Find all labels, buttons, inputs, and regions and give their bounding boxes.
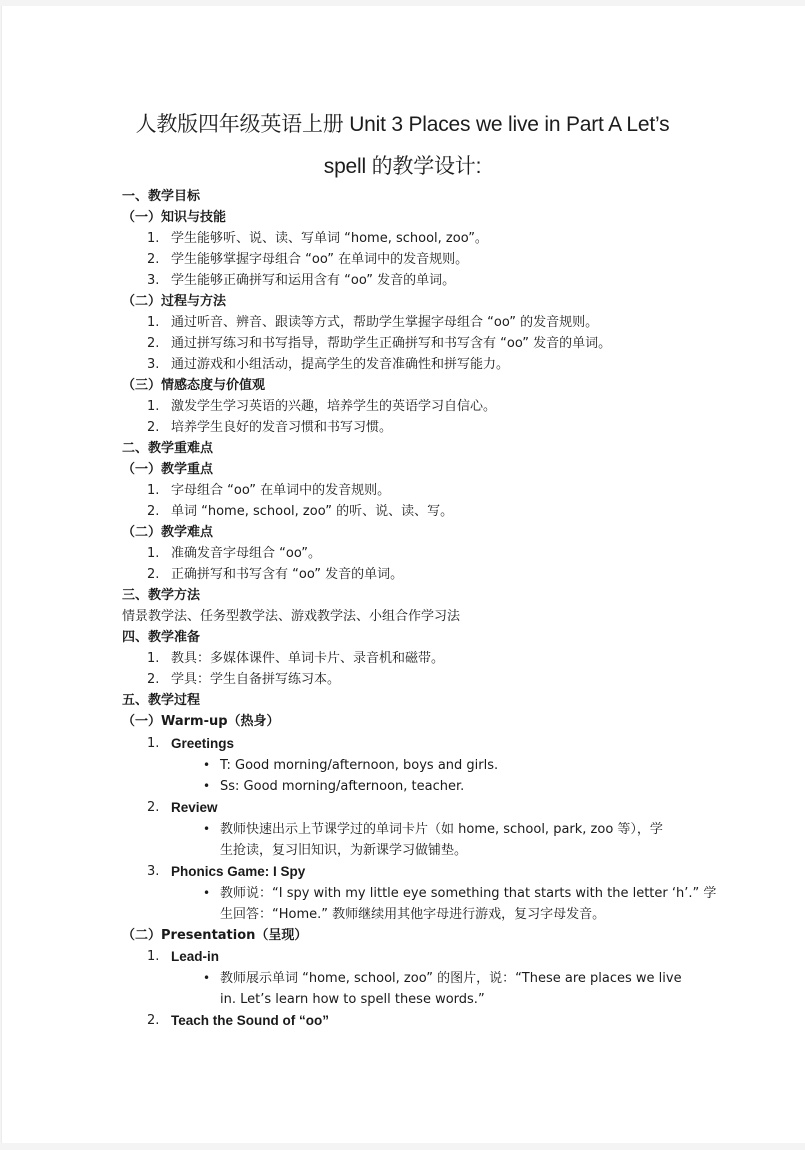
bullet-text: 教师快速出示上节课学过的单词卡片（如 home, school, park, z…: [220, 819, 663, 840]
list-number: 1.: [147, 733, 159, 754]
list-number: 2.: [147, 797, 159, 818]
list-item: 通过游戏和小组活动，提高学生的发音准确性和拼写能力。: [171, 354, 509, 375]
bullet-text-continuation: in. Let’s learn how to spell these words…: [220, 989, 485, 1010]
bullet-text: T: Good morning/afternoon, boys and girl…: [220, 755, 498, 776]
step-title-phonics-game: Phonics Game: I Spy: [171, 861, 305, 882]
list-item: 准确发音字母组合 “oo”。: [171, 543, 321, 564]
subsection-heading-warm-up: （一）Warm-up（热身）: [122, 711, 280, 732]
list-number: 3.: [147, 861, 159, 882]
list-number: 3.: [147, 354, 159, 375]
subsection-heading-knowledge-skills: （一）知识与技能: [122, 207, 226, 228]
bullet-icon: •: [203, 883, 210, 904]
list-item: 学生能够听、说、读、写单词 “home, school, zoo”。: [171, 228, 488, 249]
list-number: 2.: [147, 1010, 159, 1031]
list-number: 3.: [147, 270, 159, 291]
subsection-heading-presentation: （二）Presentation（呈现）: [122, 925, 307, 946]
list-item: 培养学生良好的发音习惯和书写习惯。: [171, 417, 392, 438]
bullet-icon: •: [203, 776, 210, 797]
list-number: 2.: [147, 501, 159, 522]
bullet-icon: •: [203, 968, 210, 989]
bullet-text: Ss: Good morning/afternoon, teacher.: [220, 776, 464, 797]
step-title-teach-sound-oo: Teach the Sound of “oo”: [171, 1010, 329, 1031]
list-item: 学生能够掌握字母组合 “oo” 在单词中的发音规则。: [171, 249, 468, 270]
subsection-heading-process-methods: （二）过程与方法: [122, 291, 226, 312]
list-item: 学生能够正确拼写和运用含有 “oo” 发音的单词。: [171, 270, 455, 291]
bullet-icon: •: [203, 819, 210, 840]
list-number: 1.: [147, 396, 159, 417]
list-item: 字母组合 “oo” 在单词中的发音规则。: [171, 480, 390, 501]
list-number: 1.: [147, 543, 159, 564]
list-item: 教具：多媒体课件、单词卡片、录音机和磁带。: [171, 648, 444, 669]
list-number: 2.: [147, 417, 159, 438]
list-item: 通过拼写练习和书写指导，帮助学生正确拼写和书写含有 “oo” 发音的单词。: [171, 333, 611, 354]
teaching-methods-text: 情景教学法、任务型教学法、游戏教学法、小组合作学习法: [122, 606, 460, 627]
list-item: 激发学生学习英语的兴趣，培养学生的英语学习自信心。: [171, 396, 496, 417]
list-number: 1.: [147, 312, 159, 333]
list-item: 单词 “home, school, zoo” 的听、说、读、写。: [171, 501, 453, 522]
section-heading-objectives: 一、教学目标: [122, 186, 200, 207]
list-item: 通过听音、辨音、跟读等方式，帮助学生掌握字母组合 “oo” 的发音规则。: [171, 312, 598, 333]
list-number: 2.: [147, 669, 159, 690]
bullet-text: 教师展示单词 “home, school, zoo” 的图片，说：“These …: [220, 968, 682, 989]
section-heading-teaching-process: 五、教学过程: [122, 690, 200, 711]
subsection-heading-key-points: （一）教学重点: [122, 459, 213, 480]
list-number: 1.: [147, 480, 159, 501]
bullet-icon: •: [203, 755, 210, 776]
section-heading-preparation: 四、教学准备: [122, 627, 200, 648]
list-item: 正确拼写和书写含有 “oo” 发音的单词。: [171, 564, 403, 585]
bullet-text: 教师说：“I spy with my little eye something …: [220, 883, 716, 904]
bullet-text-continuation: 生抢读，复习旧知识，为新课学习做铺垫。: [220, 840, 467, 861]
list-number: 2.: [147, 333, 159, 354]
bullet-text-continuation: 生回答：“Home.” 教师继续用其他字母进行游戏，复习字母发音。: [220, 904, 605, 925]
list-number: 1.: [147, 648, 159, 669]
step-title-review: Review: [171, 797, 218, 818]
section-heading-key-difficult-points: 二、教学重难点: [122, 438, 213, 459]
list-number: 1.: [147, 228, 159, 249]
step-title-lead-in: Lead-in: [171, 946, 219, 967]
list-item: 学具：学生自备拼写练习本。: [171, 669, 340, 690]
subsection-heading-difficult-points: （二）教学难点: [122, 522, 213, 543]
subsection-heading-attitudes-values: （三）情感态度与价值观: [122, 375, 265, 396]
document-title-line-2: spell 的教学设计:: [0, 150, 805, 180]
document-title-line-1: 人教版四年级英语上册 Unit 3 Places we live in Part…: [0, 108, 805, 138]
step-title-greetings: Greetings: [171, 733, 234, 754]
list-number: 2.: [147, 249, 159, 270]
section-heading-teaching-methods: 三、教学方法: [122, 585, 200, 606]
list-number: 1.: [147, 946, 159, 967]
list-number: 2.: [147, 564, 159, 585]
